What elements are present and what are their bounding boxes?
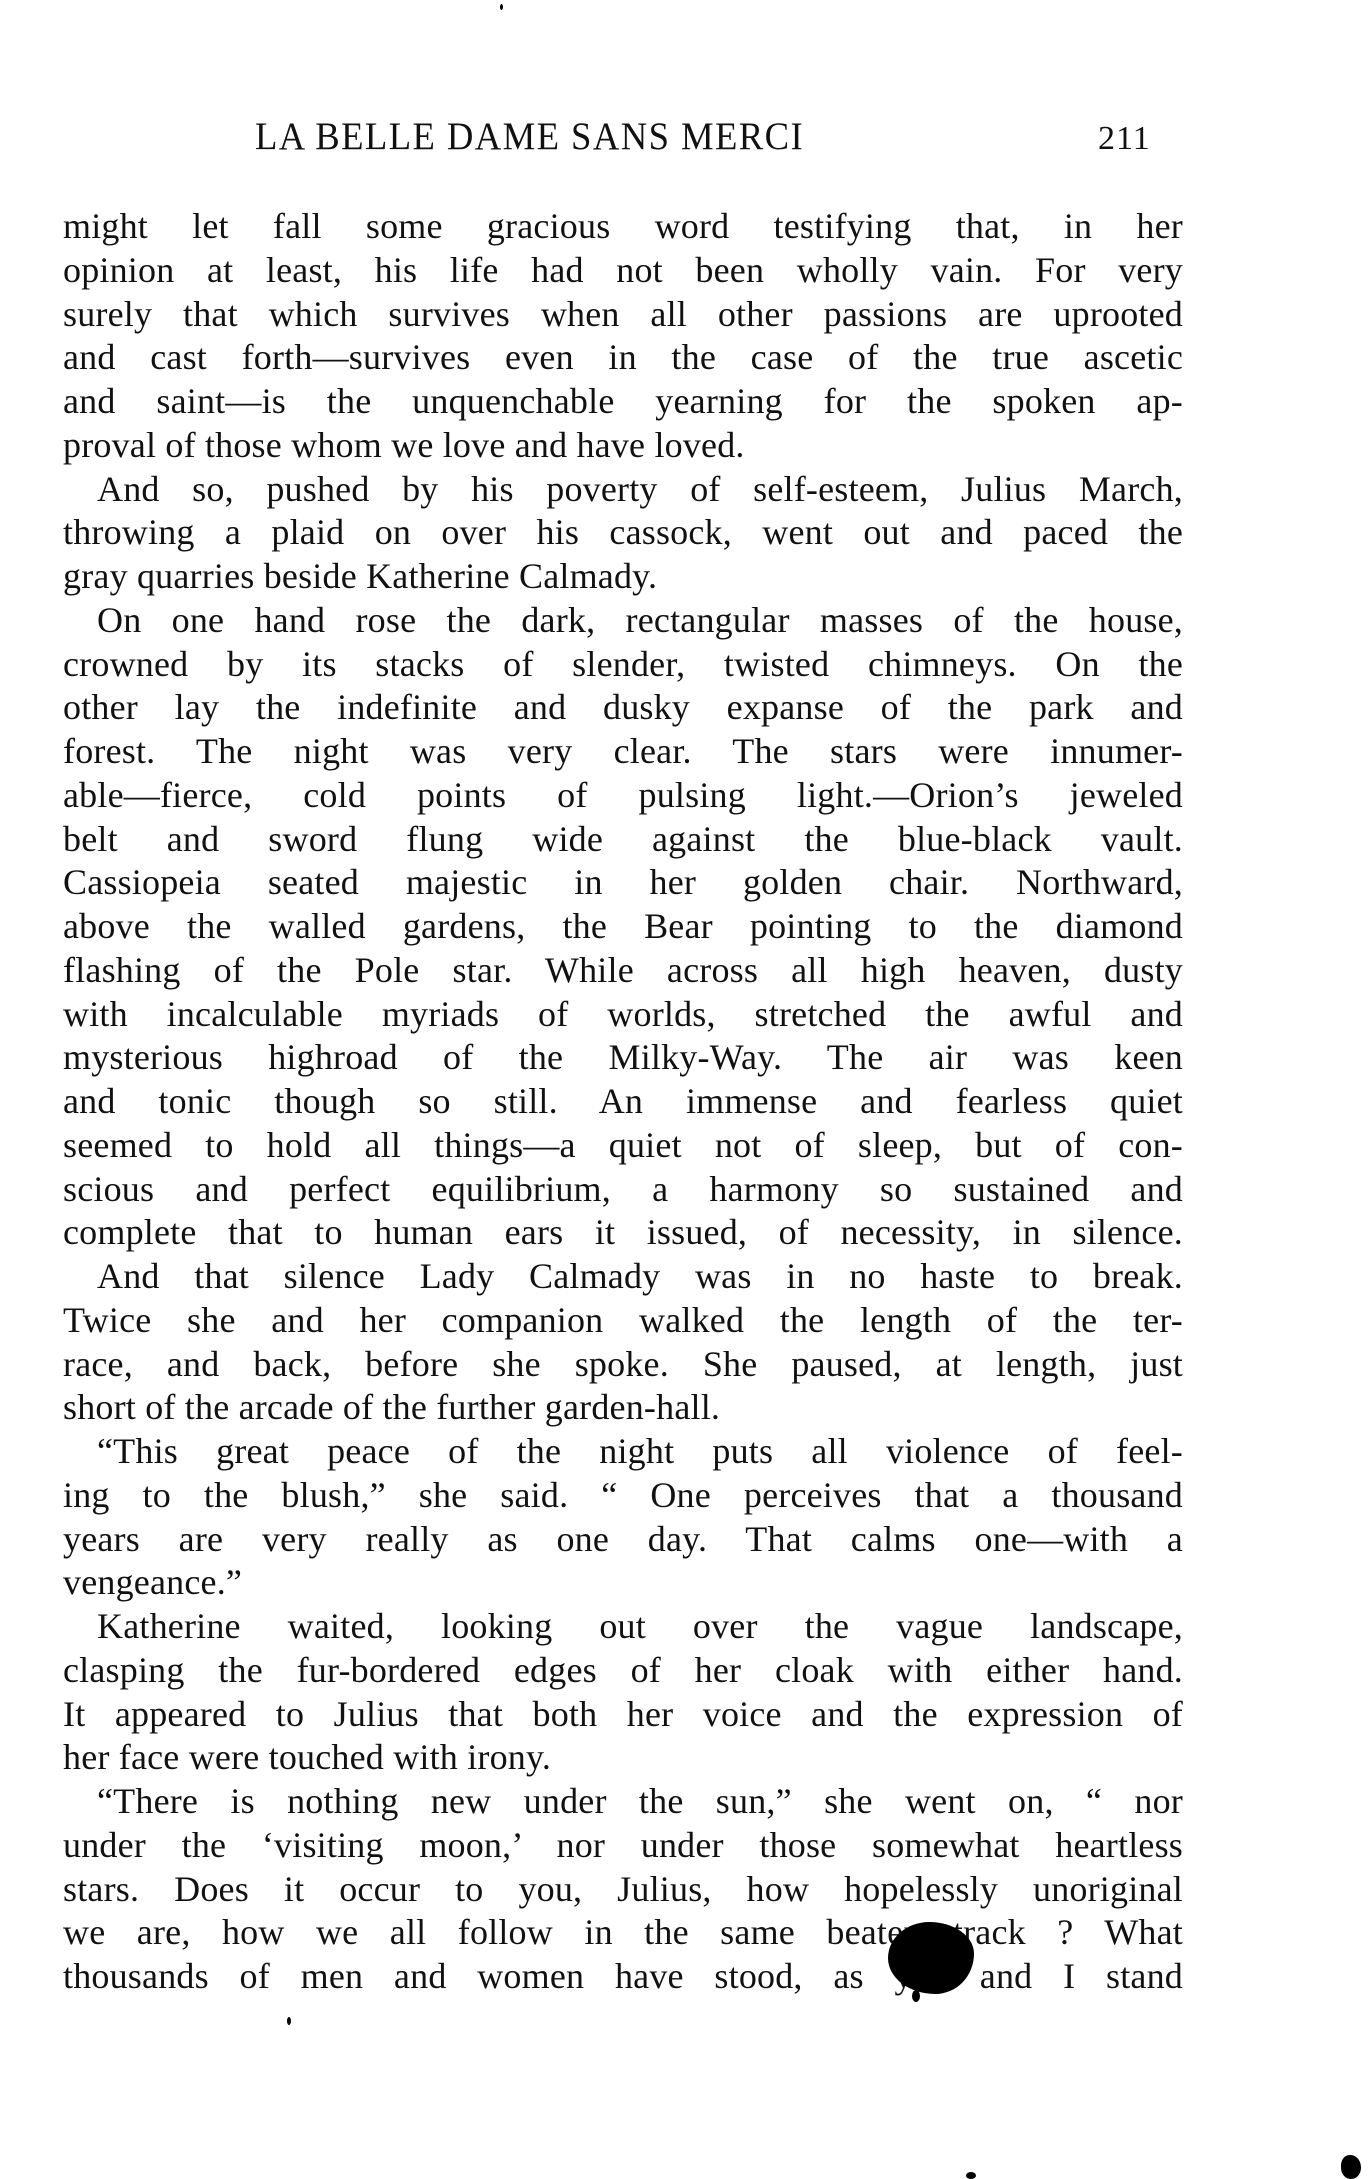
text-line: flashing of the Pole star. While across … [63,949,1183,993]
text-line: belt and sword flung wide against the bl… [63,818,1183,862]
ink-speck [912,1990,920,2002]
text-line: It appeared to Julius that both her voic… [63,1693,1183,1737]
text-line: years are very really as one day. That c… [63,1518,1183,1562]
text-line: we are, how we all follow in the same be… [63,1911,1183,1955]
running-head: LA BELLE DAME SANS MERCI 211 [0,112,1372,162]
paragraph-first-line: “There is nothing new under the sun,” sh… [63,1780,1183,1824]
paragraph-first-line: And so, pushed by his poverty of self-es… [63,468,1183,512]
ink-speck [1341,2155,1361,2179]
paragraph-first-line: And that silence Lady Calmady was in no … [63,1255,1183,1299]
text-line: under the ‘visiting moon,’ nor under tho… [63,1824,1183,1868]
text-line: might let fall some gracious word testif… [63,205,1183,249]
text-line: with incalculable myriads of worlds, str… [63,993,1183,1037]
text-line: complete that to human ears it issued, o… [63,1211,1183,1255]
text-line: able—fierce, cold points of pulsing ligh… [63,774,1183,818]
body-text: might let fall some gracious word testif… [63,205,1183,1999]
text-line: seemed to hold all things—a quiet not of… [63,1124,1183,1168]
text-line: gray quarries beside Katherine Calmady. [63,555,1183,599]
text-line: Cassiopeia seated majestic in her golden… [63,861,1183,905]
text-line: clasping the fur-bordered edges of her c… [63,1649,1183,1693]
text-line: race, and back, before she spoke. She pa… [63,1343,1183,1387]
paragraph-first-line: On one hand rose the dark, rectangular m… [63,599,1183,643]
text-line: and cast forth—survives even in the case… [63,336,1183,380]
text-line: opinion at least, his life had not been … [63,249,1183,293]
text-line: vengeance.” [63,1561,1183,1605]
text-line: surely that which survives when all othe… [63,293,1183,337]
text-line: and tonic though so still. An immense an… [63,1080,1183,1124]
paragraph-first-line: “This great peace of the night puts all … [63,1430,1183,1474]
text-line: her face were touched with irony. [63,1736,1183,1780]
text-line: forest. The night was very clear. The st… [63,730,1183,774]
text-line: mysterious highroad of the Milky-Way. Th… [63,1036,1183,1080]
text-line: crowned by its stacks of slender, twiste… [63,643,1183,687]
text-line: throwing a plaid on over his cassock, we… [63,511,1183,555]
text-line: and saint—is the unquenchable yearning f… [63,380,1183,424]
ink-speck [500,4,503,10]
text-line: short of the arcade of the further garde… [63,1386,1183,1430]
book-page: LA BELLE DAME SANS MERCI 211 might let f… [0,0,1372,2179]
ink-speck [287,2017,291,2025]
text-line: stars. Does it occur to you, Julius, how… [63,1868,1183,1912]
text-line: thousands of men and women have stood, a… [63,1955,1183,1999]
text-line: Twice she and her companion walked the l… [63,1299,1183,1343]
ink-speck [966,2172,976,2179]
ink-blot [888,1922,974,1994]
text-line: above the walled gardens, the Bear point… [63,905,1183,949]
page-number: 211 [1098,114,1151,164]
text-line: other lay the indefinite and dusky expan… [63,686,1183,730]
running-title: LA BELLE DAME SANS MERCI [255,112,804,162]
paragraph-first-line: Katherine waited, looking out over the v… [63,1605,1183,1649]
text-line: proval of those whom we love and have lo… [63,424,1183,468]
text-line: ing to the blush,” she said. “ One perce… [63,1474,1183,1518]
text-line: scious and perfect equilibrium, a harmon… [63,1168,1183,1212]
